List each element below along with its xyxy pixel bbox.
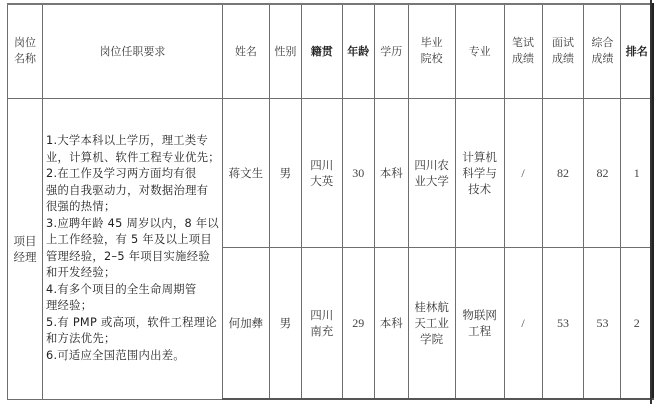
header-row: 岗位 名称 岗位任职要求 姓名 性别 籍贯 年龄 学历 毕业 院校 专业 笔试 … — [8, 4, 654, 98]
school-line: 天工业 — [409, 315, 455, 331]
header-total-score: 综合 成绩 — [584, 4, 621, 98]
position-text: 经理 — [8, 249, 42, 265]
requirement-line: 和方法优先； — [46, 331, 220, 348]
requirement-line: 业，计算机、软件工程专业优先； — [46, 150, 220, 167]
requirement-line: 理经验； — [46, 298, 220, 315]
header-school: 毕业 院校 — [408, 4, 455, 98]
major-line: 计算机 — [456, 149, 504, 165]
requirement-line: 3.应聘年龄 45 周岁以内，8 年以 — [46, 216, 220, 233]
school-line: 学院 — [409, 331, 455, 347]
requirement-line: 管理经验，2–5 年项目实施经验 — [46, 249, 220, 266]
candidate-education: 本科 — [374, 98, 408, 247]
candidate-hometown: 四川 大英 — [301, 98, 342, 247]
header-text: 成绩 — [543, 51, 584, 67]
written-score: / — [504, 247, 542, 399]
written-score: / — [504, 98, 542, 247]
header-text: 笔试 — [505, 35, 542, 51]
header-age: 年龄 — [342, 4, 374, 98]
requirement-line: 和开发经验； — [46, 265, 220, 282]
header-major: 专业 — [455, 4, 504, 98]
candidate-education: 本科 — [374, 247, 408, 399]
header-text: 成绩 — [505, 51, 542, 67]
header-text: 名称 — [8, 51, 42, 67]
header-education: 学历 — [374, 4, 408, 98]
candidate-gender: 男 — [269, 98, 301, 247]
hometown-line: 大英 — [302, 173, 342, 189]
major-line: 科学与 — [456, 165, 504, 181]
header-text: 毕业 — [409, 35, 455, 51]
header-requirements: 岗位任职要求 — [42, 4, 222, 98]
candidate-school: 四川农 业大学 — [408, 98, 455, 247]
interview-score: 82 — [542, 98, 584, 247]
total-score: 82 — [584, 98, 621, 247]
table-row: 项目 经理 1.大学本科以上学历，理工类专 业，计算机、软件工程专业优先； 2.… — [8, 98, 654, 247]
position-name-cell: 项目 经理 — [8, 98, 43, 399]
school-line: 桂林航 — [409, 299, 455, 315]
major-line: 工程 — [456, 323, 504, 339]
interview-score: 53 — [542, 247, 584, 399]
header-interview-score: 面试 成绩 — [542, 4, 584, 98]
total-score: 53 — [584, 247, 621, 399]
requirement-line: 1.大学本科以上学历，理工类专 — [46, 133, 220, 150]
header-text: 面试 — [543, 35, 584, 51]
header-text: 成绩 — [584, 51, 620, 67]
candidate-major: 物联网 工程 — [455, 247, 504, 399]
school-line: 四川农 — [409, 157, 455, 173]
candidate-major: 计算机 科学与 技术 — [455, 98, 504, 247]
recruitment-result-sheet: 岗位 名称 岗位任职要求 姓名 性别 籍贯 年龄 学历 毕业 院校 专业 笔试 … — [7, 3, 654, 400]
position-text: 项目 — [8, 233, 42, 249]
candidate-name: 蒋文生 — [222, 98, 269, 247]
candidate-school: 桂林航 天工业 学院 — [408, 247, 455, 399]
header-text: 院校 — [409, 51, 455, 67]
header-text: 岗位 — [8, 35, 42, 51]
candidate-age: 30 — [342, 98, 374, 247]
candidate-age: 29 — [342, 247, 374, 399]
requirement-line: 很强的热情； — [46, 199, 220, 216]
rank: 2 — [621, 247, 653, 399]
header-rank: 排名 — [621, 4, 653, 98]
header-hometown: 籍贯 — [301, 4, 342, 98]
requirement-line: 6.可适应全国范围内出差。 — [46, 348, 220, 365]
requirement-line: 5.有 PMP 或高项，软件工程理论 — [46, 315, 220, 332]
candidate-name: 何加彝 — [222, 247, 269, 399]
requirement-line: 上工作经验，有 5 年及以上项目 — [46, 232, 220, 249]
rank: 1 — [621, 98, 653, 247]
header-name: 姓名 — [222, 4, 269, 98]
major-line: 技术 — [456, 181, 504, 197]
header-text: 综合 — [584, 35, 620, 51]
major-line: 物联网 — [456, 307, 504, 323]
page-edge-divider — [650, 0, 652, 404]
header-position-name: 岗位 名称 — [8, 4, 43, 98]
requirements-cell: 1.大学本科以上学历，理工类专 业，计算机、软件工程专业优先； 2.在工作及学习… — [42, 98, 222, 399]
header-gender: 性别 — [269, 4, 301, 98]
candidate-gender: 男 — [269, 247, 301, 399]
requirement-line: 4.有多个项目的全生命周期管 — [46, 282, 220, 299]
candidate-table: 岗位 名称 岗位任职要求 姓名 性别 籍贯 年龄 学历 毕业 院校 专业 笔试 … — [7, 3, 654, 400]
hometown-line: 南充 — [302, 323, 342, 339]
candidate-hometown: 四川 南充 — [301, 247, 342, 399]
hometown-line: 四川 — [302, 307, 342, 323]
requirement-line: 强的自我驱动力，对数据治理有 — [46, 183, 220, 200]
requirement-line: 2.在工作及学习两方面均有很 — [46, 166, 220, 183]
hometown-line: 四川 — [302, 157, 342, 173]
school-line: 业大学 — [409, 173, 455, 189]
header-written-score: 笔试 成绩 — [504, 4, 542, 98]
